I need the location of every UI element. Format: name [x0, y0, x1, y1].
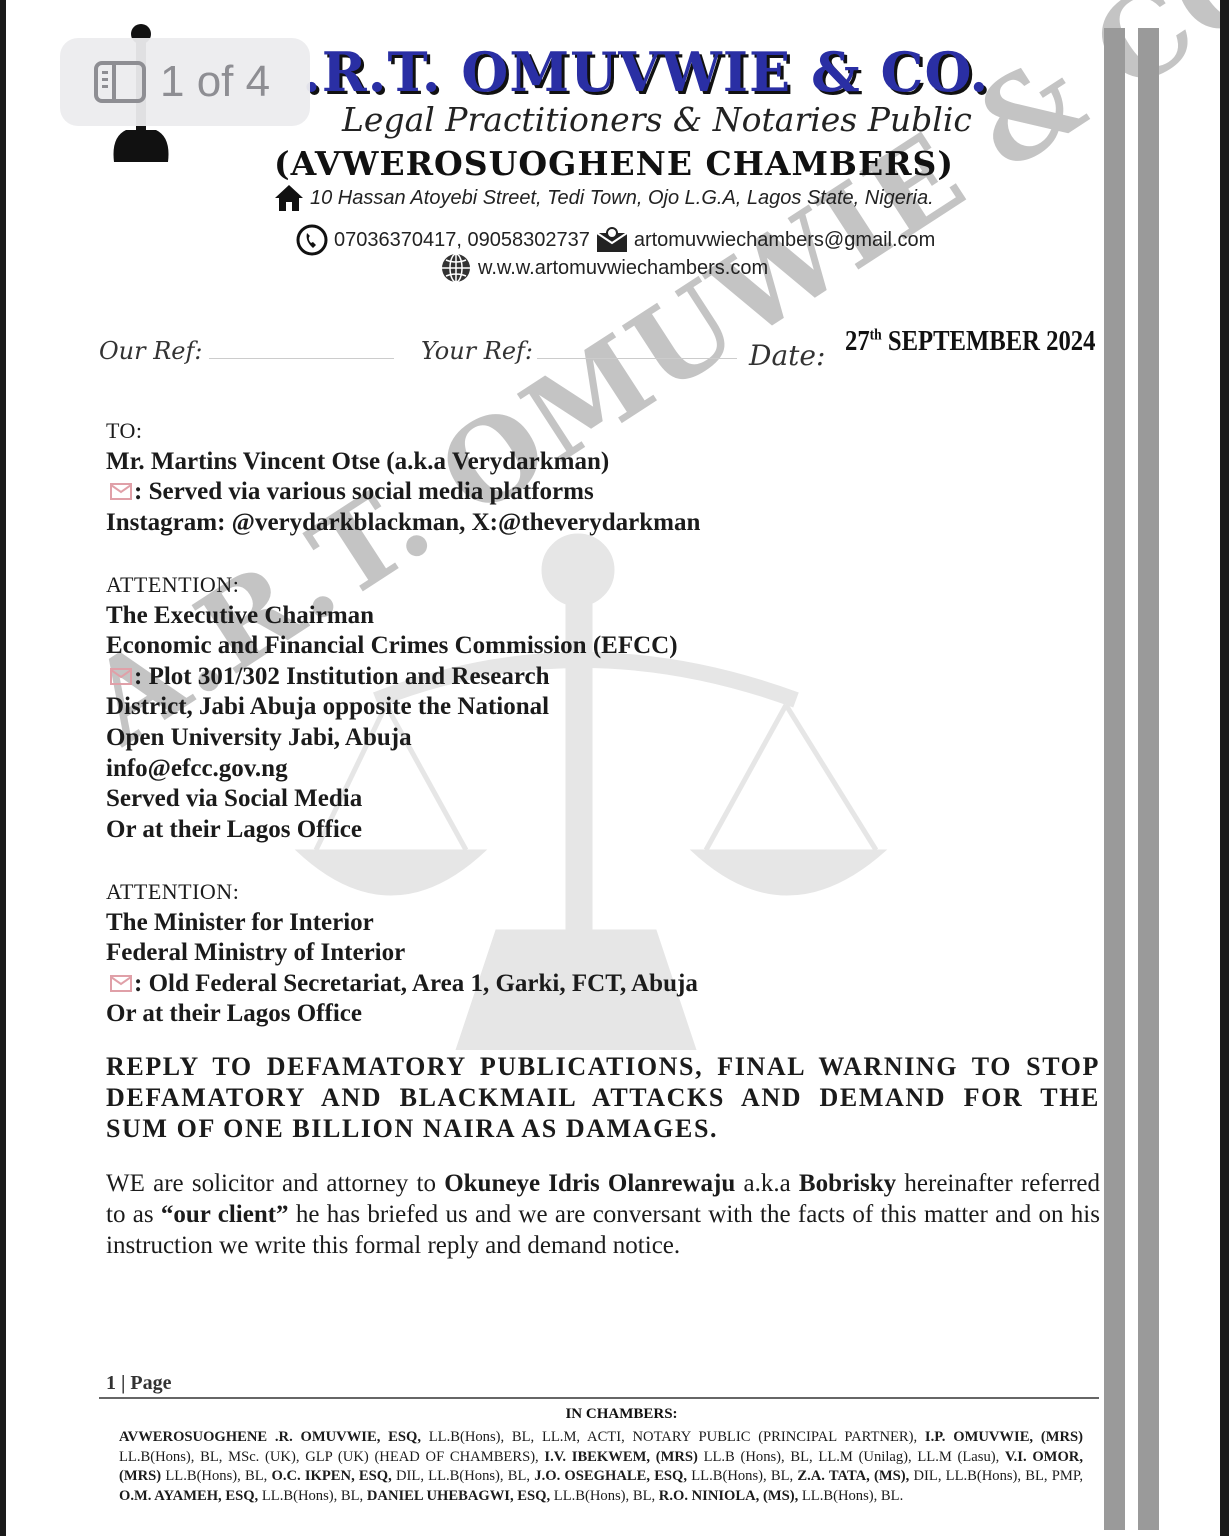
to-heading: TO: — [106, 416, 700, 447]
email-icon — [596, 227, 628, 253]
decorative-bar — [1138, 28, 1159, 1530]
date-label: Date: — [749, 339, 825, 372]
page-counter-badge[interactable]: 1 of 4 — [60, 38, 310, 126]
recipient-name: Mr. Martins Vincent Otse (a.k.a Verydark… — [106, 447, 700, 478]
partner-credentials: LL.B(Hons), BL, LL.M, ACTI, NOTARY PUBLI… — [421, 1429, 925, 1445]
partner-credentials: LL.B(Hons), BL, — [161, 1468, 271, 1484]
attention-interior-block: ATTENTION: The Minister for Interior Fed… — [106, 877, 698, 1030]
home-icon — [274, 184, 304, 212]
partner-name: O.M. AYAMEH, ESQ, — [119, 1488, 258, 1504]
partners-list: AVWEROSUOGHENE .R. OMUVWIE, ESQ, LL.B(Ho… — [119, 1428, 1083, 1506]
attention-line: Economic and Financial Crimes Commission… — [106, 631, 678, 662]
attention-line: Served via Social Media — [106, 784, 678, 815]
attention-line: Federal Ministry of Interior — [106, 938, 698, 969]
attention-line: The Minister for Interior — [106, 908, 698, 939]
address-text: 10 Hassan Atoyebi Street, Tedi Town, Ojo… — [310, 187, 934, 210]
attention-line: Or at their Lagos Office — [106, 999, 698, 1030]
your-ref-label: Your Ref: — [421, 337, 533, 365]
attention-line: District, Jabi Abuja opposite the Nation… — [106, 692, 678, 723]
partner-name: AVWEROSUOGHENE .R. OMUVWIE, ESQ, — [119, 1429, 421, 1445]
body-paragraph: WE are solicitor and attorney to Okuneye… — [106, 1168, 1100, 1261]
letter-subject: REPLY TO DEFAMATORY PUBLICATIONS, FINAL … — [106, 1051, 1100, 1144]
website-line: w.w.w.artomuvwiechambers.com — [440, 252, 768, 284]
partner-name: R.O. NINIOLA, (MS), — [659, 1488, 798, 1504]
partner-name: I.V. IBEKWEM, (MRS) — [544, 1449, 697, 1465]
partner-name: Z.A. TATA, (MS), — [797, 1468, 909, 1484]
sidebar-toggle-icon[interactable] — [94, 61, 146, 103]
served-line: : Served via various social media platfo… — [106, 477, 700, 508]
attention-line: Or at their Lagos Office — [106, 815, 678, 846]
attention-heading: ATTENTION: — [106, 570, 678, 601]
attention-line: The Executive Chairman — [106, 601, 678, 632]
partner-credentials: LL.B(Hons), BL, — [550, 1488, 659, 1504]
attention-heading: ATTENTION: — [106, 877, 698, 908]
partner-name: DANIEL UHEBAGWI, ESQ, — [367, 1488, 550, 1504]
page-number: 1 | Page — [106, 1372, 172, 1395]
partner-credentials: DIL, LL.B(Hons), BL, PMP, — [909, 1468, 1083, 1484]
partner-name: I.P. OMUVWIE, (MRS) — [925, 1429, 1083, 1445]
decorative-bar — [1104, 28, 1125, 1530]
globe-icon — [440, 252, 472, 284]
partner-credentials: LL.B(Hons), BL, — [687, 1468, 797, 1484]
partner-credentials: LL.B (Hons), BL, LL.M (Unilag), LL.M (La… — [698, 1449, 1005, 1465]
mail-icon — [110, 668, 132, 685]
address-line: 10 Hassan Atoyebi Street, Tedi Town, Ojo… — [274, 184, 934, 212]
attention-efcc-block: ATTENTION: The Executive Chairman Econom… — [106, 570, 678, 845]
your-ref-line — [537, 358, 737, 359]
partner-credentials: LL.B(Hons), BL, — [258, 1488, 367, 1504]
attention-line: Open University Jabi, Abuja — [106, 723, 678, 754]
our-ref-line — [209, 358, 394, 359]
partner-name: J.O. OSEGHALE, ESQ, — [534, 1468, 687, 1484]
attention-address: : Old Federal Secretariat, Area 1, Garki… — [106, 969, 698, 1000]
website-url[interactable]: w.w.w.artomuvwiechambers.com — [478, 257, 768, 280]
date-value: 27th SEPTEMBER 2024 — [845, 325, 1095, 358]
footer-divider — [99, 1397, 1099, 1399]
reference-row: Our Ref: Your Ref: Date: 27th SEPTEMBER … — [99, 325, 1099, 375]
phone-icon — [296, 224, 328, 256]
to-block: TO: Mr. Martins Vincent Otse (a.k.a Very… — [106, 416, 700, 538]
firm-name: .R.T. OMUVWIE & CO. — [302, 40, 989, 104]
attention-email: info@efcc.gov.ng — [106, 754, 678, 785]
social-handles: Instagram: @verydarkblackman, X:@thevery… — [106, 508, 700, 539]
phone-numbers: 07036370417, 09058302737 — [334, 229, 590, 252]
mail-icon — [110, 483, 132, 500]
viewer-right-edge — [1220, 0, 1229, 1536]
page-counter: 1 of 4 — [160, 57, 270, 107]
partner-credentials: LL.B(Hons), BL, MSc. (UK), GLP (UK) (HEA… — [119, 1449, 544, 1465]
our-ref-label: Our Ref: — [99, 337, 202, 365]
document-page: A.R.T. OMUWIE & CO. .R.T. OMUVWIE & CO. … — [6, 0, 1220, 1536]
partner-credentials: LL.B(Hons), BL. — [798, 1488, 903, 1504]
firm-subtitle: Legal Practitioners & Notaries Public — [342, 100, 972, 139]
chambers-name: (AVWEROSUOGHENE CHAMBERS) — [274, 144, 954, 183]
partner-name: O.C. IKPEN, ESQ, — [271, 1468, 391, 1484]
in-chambers-heading: IN CHAMBERS: — [6, 1406, 1220, 1423]
email-address[interactable]: artomuvwiechambers@gmail.com — [634, 229, 936, 252]
mail-icon — [110, 975, 132, 992]
attention-address: : Plot 301/302 Institution and Research — [106, 662, 678, 693]
partner-credentials: DIL, LL.B(Hons), BL, — [392, 1468, 534, 1484]
